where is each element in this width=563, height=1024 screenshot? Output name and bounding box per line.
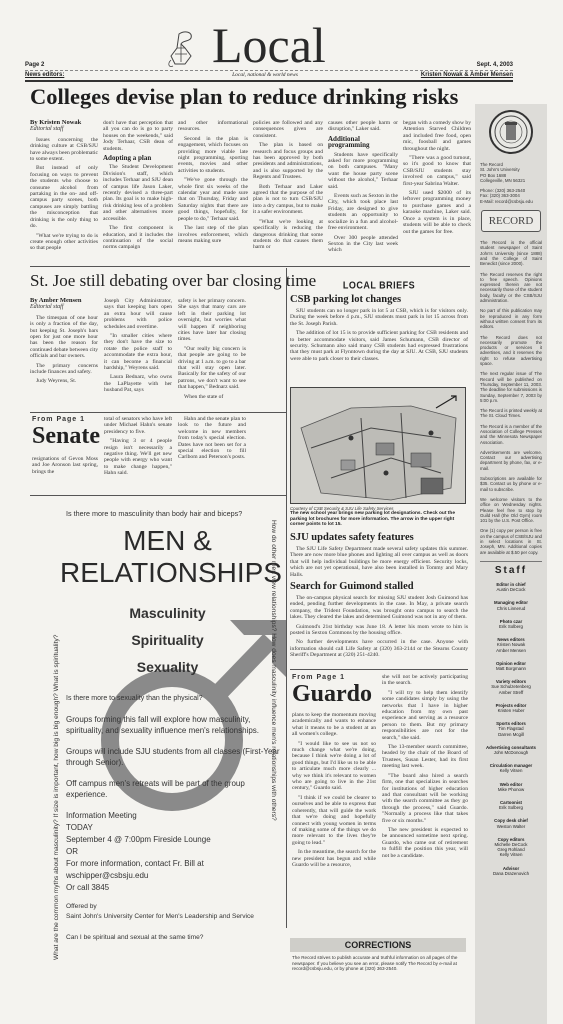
story1-column-2: don't have that perception that all you … (103, 120, 173, 254)
ad-side-text-right: How do other men view relationships? How… (270, 520, 277, 940)
paragraph: No further developments have occurred in… (290, 639, 468, 658)
staff-item: Projects editorKristen Huber (480, 703, 542, 713)
staff-item: Editor in chiefAustin DeCock (480, 582, 542, 592)
paragraph: Students have specifically asked for mor… (328, 152, 398, 190)
staff-name: Chris Linnerud (480, 606, 542, 611)
ad-topic: Masculinity (60, 600, 275, 627)
ad-bottom-question: Can I be spiritual and sexual at the sam… (66, 932, 281, 943)
jump-title: Guardo (292, 681, 372, 707)
ad-meeting-line: Or call 3845 (66, 882, 281, 894)
brief-body: The on-campus physical search for missin… (290, 595, 468, 659)
sidebar-paragraph: The Record is a member of the Associatio… (480, 424, 542, 445)
paragraph: she will not be actively participating i… (382, 674, 468, 687)
paragraph: "In smaller cities where they don't have… (104, 333, 172, 371)
paragraph: "We've gone through the whole first six … (178, 177, 248, 222)
paragraph: safety is her primary concern. She says … (178, 298, 246, 343)
paragraph: SJU used $2000 of its leftover programmi… (403, 190, 471, 235)
staff-item: AdvisorDana Drazenovich (480, 866, 542, 876)
paragraph: The 13-member search committee, headed b… (382, 744, 468, 770)
ad-question: Is there more to sexuality than the phys… (66, 693, 281, 704)
story2-column-2: Joseph City Administrator, says that kee… (104, 298, 172, 397)
page-number: Page 2 (25, 62, 44, 68)
staff-item: Photo czarErik Solberg (480, 619, 542, 629)
story2-column-1: By Amber Mensen Editorial staff The time… (30, 298, 98, 388)
paragraph: The new president is expected to be anno… (382, 827, 468, 859)
staff-item: Copy editorsMichelle DeCockGreg RohlandK… (480, 837, 542, 858)
sidebar-paragraph: Subscriptions are available for $35. Con… (480, 476, 542, 492)
paragraph: Laura Bednarz, who owns the LaPlayette w… (104, 374, 172, 393)
sidebar-paragraph: No part of this publication may be repro… (480, 308, 542, 329)
news-editors-label: News editors: (25, 72, 64, 78)
staff-name: Erik Solberg (480, 805, 542, 810)
ad-title-line-1: MEN & (60, 525, 275, 557)
staff-title: Staff (480, 561, 542, 576)
masthead-sidebar: The Record St. John's University PO Box … (475, 104, 547, 1024)
paragraph: In the meantime, the search for the new … (292, 849, 376, 868)
subhead-additional-programming: Additional programming (328, 136, 398, 149)
paragraph: "There was a good turnout, so it's good … (403, 155, 471, 187)
sidebar-paragraph: The Record is printed weekly at The St. … (480, 408, 542, 419)
from-page-label: From Page 1 (292, 674, 372, 681)
record-logo-icon: RECORD (481, 210, 541, 232)
headline-drinking-risks: Colleges devise plan to reduce drinking … (30, 82, 458, 112)
paragraph: "What we're trying to do is create enoug… (30, 233, 98, 252)
section-title: Local (212, 18, 326, 72)
ad-title-line-2: RELATIONSHIPS (60, 557, 275, 589)
staff-name: Dana Drazenovich (480, 871, 542, 876)
staff-item: News editorsKristen NowakAmber Mensen (480, 637, 542, 653)
ad-paragraph: Groups forming this fall will explore ho… (66, 714, 281, 736)
senate-column-2: total of senators who have left under Mi… (104, 416, 172, 480)
staff-name: Amber Streff (480, 690, 542, 695)
paragraph: resignations of Gevon Moss and Joe Arons… (32, 456, 98, 475)
paragraph: Second in the plan is engagement, which … (178, 136, 248, 174)
address-block: The Record St. John's University PO Box … (480, 162, 542, 183)
column-divider (286, 268, 287, 928)
brief-safety: SJU updates safety features The SJU Life… (290, 532, 468, 662)
staff-item: Advertising consultantsJohn McDonough (480, 745, 542, 755)
ad-meeting-line: September 4 @ 7:00pm Fireside Lounge (66, 834, 281, 846)
news-editors-names: Kristen Nowak & Amber Mensen (421, 72, 513, 78)
paragraph: policies are followed and any consequenc… (253, 120, 323, 139)
staff-name: Amber Mensen (480, 648, 542, 653)
divider (290, 669, 468, 670)
ad-meeting-line: Information Meeting (66, 810, 281, 822)
staff-item: Variety editorsSue SchulzetenbergAmber S… (480, 679, 542, 695)
paragraph: The timespan of one hour is only a fract… (30, 315, 98, 360)
ad-offered-by: Saint John's University Center for Men's… (66, 912, 281, 922)
divider (30, 495, 286, 496)
staff-item: Sports editorsTim FlagstadDarren Mcgill (480, 721, 542, 737)
ad-paragraph: Off campus men's retreats will be part o… (66, 778, 281, 800)
story1-column-4: policies are followed and any consequenc… (253, 120, 323, 254)
story1-column-6: began with a comedy show by Attention St… (403, 120, 471, 238)
contact-block: Phone: (320) 363-2540 Fax: (320) 363-300… (480, 188, 542, 204)
sidebar-paragraph: The next regular issue of The Record wil… (480, 371, 542, 403)
guardo-jump-header: From Page 1 Guardo (292, 674, 372, 707)
staff-item: Web editorMike Phonow (480, 782, 542, 792)
paragraph: SJU students can no longer park in lot 5… (290, 308, 468, 327)
guardo-column-2: she will not be actively participating i… (382, 674, 468, 862)
staff-name: Kelly Vitsen (480, 852, 542, 857)
divider (30, 266, 470, 267)
sidebar-paragraph: We welcome visitors to the office on Wed… (480, 497, 542, 523)
ad-top-question: Is there more to masculinity than body h… (66, 509, 242, 518)
story1-column-5: causes other people harm or disruption,"… (328, 120, 398, 257)
staff-item: Circulation managerKelly Vitsen (480, 763, 542, 773)
paragraph: "I will try to help them identify some c… (382, 690, 468, 741)
staff-name: Kristen Huber (480, 708, 542, 713)
university-seal-icon (489, 110, 533, 154)
brief-title: Search for Guimond stalled (290, 581, 468, 593)
paragraph: "Our really big concern is that people a… (178, 346, 246, 391)
sidebar-paragraph: Advertisements are welcome. Contact our … (480, 450, 542, 471)
ad-topic: Sexuality (60, 654, 275, 681)
guardo-column-1: plans to keep the momentum moving academ… (292, 712, 376, 871)
ad-offered-label: Offered by (66, 902, 281, 912)
staff-list: Editor in chiefAustin DeCockManaging edi… (480, 582, 542, 876)
email-link[interactable]: E-Mail: record@csbsju.edu (480, 199, 542, 204)
staff-name: John McDonough (480, 750, 542, 755)
paragraph: Issues concerning the drinking culture a… (30, 137, 98, 163)
paragraph: causes other people harm or disruption,"… (328, 120, 398, 133)
paragraph: "What we're looking at specifically is r… (253, 219, 323, 251)
staff-item: Opinion editorMatt Borgmann (480, 661, 542, 671)
local-briefs-header: LOCAL BRIEFS (290, 280, 468, 291)
ad-topics: Masculinity Spirituality Sexuality (60, 600, 275, 681)
corrections-header: CORRECTIONS (290, 938, 466, 952)
corrections-text: The Record strives to publish accurate a… (292, 955, 464, 972)
ad-side-text-left: What are the common myths about masculin… (53, 530, 60, 960)
staff-name: Matt Borgmann (480, 666, 542, 671)
paragraph: began with a comedy show by Attention St… (403, 120, 471, 152)
from-page-label: From Page 1 (32, 416, 100, 423)
staff-item: Copy desk chiefWeston Walter (480, 818, 542, 828)
paragraph: The SJU Life Safety Department made seve… (290, 546, 468, 578)
paragraph: The first component is education, and it… (103, 225, 173, 251)
paragraph: The plan is based on research and focus … (253, 142, 323, 180)
ad-meeting-line: OR (66, 846, 281, 858)
paragraph: Both Terhaar and Laker agreed that the p… (253, 184, 323, 216)
ad-meeting-line: TODAY (66, 822, 281, 834)
paragraph: and other informational resources. (178, 120, 248, 133)
paragraph: The primary concerns include finances an… (30, 363, 98, 376)
subhead-adopting-plan: Adopting a plan (103, 155, 173, 161)
sidebar-paragraph: The Record reserves the right to free sp… (480, 272, 542, 304)
paragraph: Events such as Sexton in the City, which… (328, 193, 398, 231)
staff-name: Kelly Vitsen (480, 768, 542, 773)
ad-meeting-line: For more information, contact Fr. Bill a… (66, 858, 281, 870)
staff-item: Managing editorChris Linnerud (480, 600, 542, 610)
section-tagline: Local, national & world news (200, 72, 330, 78)
paragraph: The addition of lot 15 is to provide suf… (290, 330, 468, 362)
staff-name: Austin DeCock (480, 587, 542, 592)
paragraph: Joseph City Administrator, says that kee… (104, 298, 172, 330)
ad-body: Is there more to sexuality than the phys… (66, 693, 281, 943)
ad-contact-email[interactable]: wschipper@csbsju.edu (66, 870, 281, 882)
senate-column-3: Hahn and the senate plan to look to the … (178, 416, 246, 464)
divider (30, 412, 286, 413)
parking-map-image (290, 387, 466, 504)
byline-role: Editorial staff (30, 126, 98, 132)
staff-name: Mike Phonow (480, 787, 542, 792)
senate-column-1: resignations of Gevon Moss and Joe Arons… (32, 456, 98, 478)
ad-title: MEN & RELATIONSHIPS (60, 525, 275, 589)
sidebar-paragraph: The Record is the official student newsp… (480, 240, 542, 266)
staff-name: Darren Mcgill (480, 732, 542, 737)
sidebar-paragraph: One (1) copy per person is free on the c… (480, 528, 542, 554)
record-mascot-logo-icon (165, 30, 201, 70)
paragraph: "Having 3 or 4 people resign isn't neces… (104, 438, 172, 476)
paragraph: "I would like to see us not so much chan… (292, 741, 376, 792)
map-caption: Courtesy of CSB Security & SJU Life Safe… (290, 506, 468, 528)
paragraph: "I think if we could be clearer to ourse… (292, 795, 376, 846)
ad-topic: Spirituality (60, 627, 275, 654)
ad-meeting-info: Information Meeting TODAY September 4 @ … (66, 810, 281, 894)
brief-body: SJU students can no longer park in lot 5… (290, 308, 468, 362)
brief-title: CSB parking lot changes (290, 294, 468, 306)
masthead-divider (25, 70, 513, 71)
paragraph: "The board also hired a search firm, one… (382, 773, 468, 824)
caption-text: The new school year brings new parking l… (290, 511, 468, 528)
headline-bar-closing: St. Joe still debating over bar closing … (30, 270, 316, 292)
paragraph: Hahn and the senate plan to look to the … (178, 416, 246, 461)
brief-title: SJU updates safety features (290, 532, 468, 544)
ad-paragraph: Groups will include SJU students from al… (66, 746, 281, 768)
story1-column-3: and other informational resources. Secon… (178, 120, 248, 247)
paragraph: The Student Development Division's staff… (103, 164, 173, 222)
address-line: Collegeville, MN 56321 (480, 178, 542, 183)
publication-date: Sept. 4, 2003 (477, 62, 513, 68)
jump-title: Senate (32, 423, 100, 449)
staff-name: Erik Solberg (480, 624, 542, 629)
paragraph: total of senators who have left under Mi… (104, 416, 172, 435)
brief-body: The SJU Life Safety Department made seve… (290, 546, 468, 578)
paragraph: When the state of (178, 394, 246, 400)
paragraph: Judy Weyrens, St. (30, 378, 98, 384)
paragraph: Guimond's 21st birthday was June 18. A l… (290, 624, 468, 637)
story2-column-3: safety is her primary concern. She says … (178, 298, 246, 403)
sidebar-paragraph: The Record does not necessarily promote … (480, 335, 542, 367)
ad-offered: Offered by Saint John's University Cente… (66, 902, 281, 922)
story1-column-1: By Kristen Nowak Editorial staff Issues … (30, 120, 98, 255)
paragraph: Over 300 people attended Sexton in the C… (328, 235, 398, 254)
paragraph: The on-campus physical search for missin… (290, 595, 468, 621)
paragraph: don't have that perception that all you … (103, 120, 173, 152)
senate-jump-header: From Page 1 Senate (32, 416, 100, 449)
paragraph: But instead of only focusing on ways to … (30, 165, 98, 229)
byline-role: Editorial staff (30, 304, 98, 310)
paragraph: plans to keep the momentum moving academ… (292, 712, 376, 738)
staff-name: Weston Walter (480, 824, 542, 829)
brief-parking: CSB parking lot changes SJU students can… (290, 294, 468, 365)
staff-item: CartoonistErik Solberg (480, 800, 542, 810)
paragraph: The last step of the plan involves enfor… (178, 225, 248, 244)
